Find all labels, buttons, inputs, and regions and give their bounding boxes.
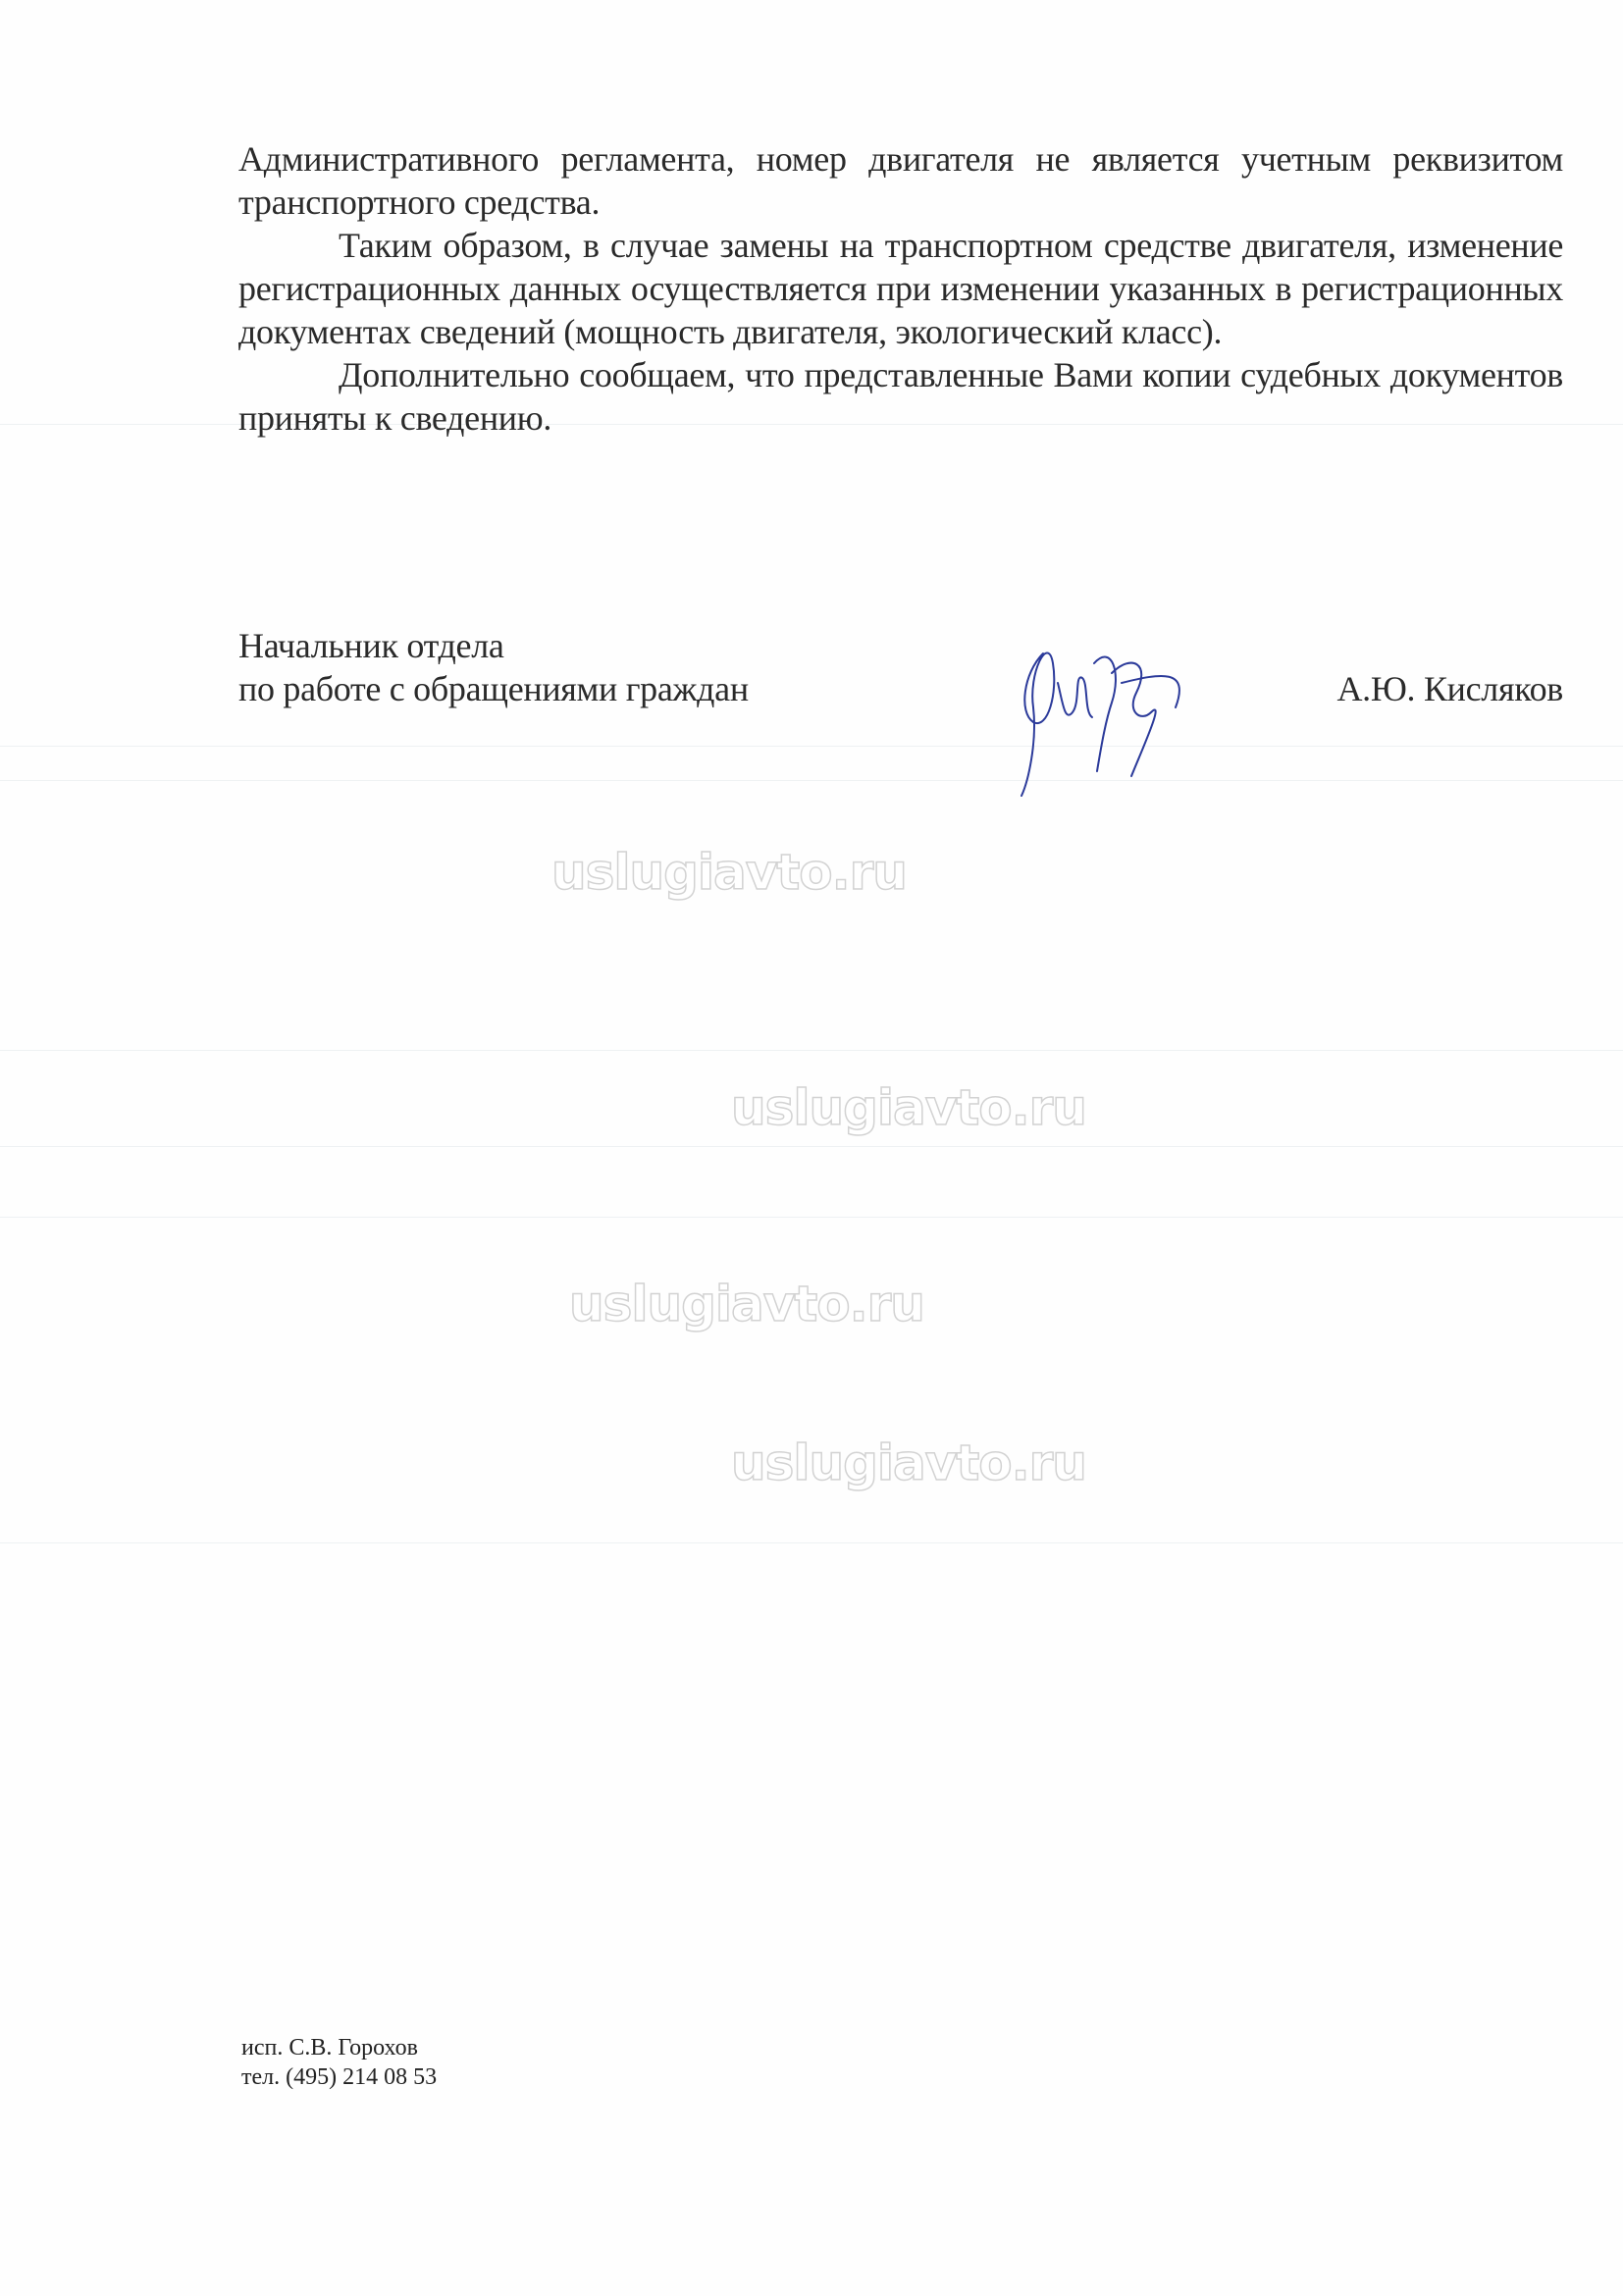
handwritten-signature-icon (1004, 614, 1239, 810)
signatory-name: А.Ю. Кисляков (1336, 667, 1563, 710)
paragraph-conclusion: Таким образом, в случае замены на трансп… (238, 224, 1563, 353)
signatory-title-line-1: Начальник отдела (238, 624, 1563, 667)
scan-artifact-line (0, 1050, 1623, 1051)
executor-footer: исп. С.В. Горохов тел. (495) 214 08 53 (241, 2033, 437, 2092)
scan-artifact-line (0, 1542, 1623, 1543)
executor-phone: тел. (495) 214 08 53 (241, 2062, 437, 2092)
watermark: uslugiavto.ru (569, 1276, 924, 1332)
executor-name: исп. С.В. Горохов (241, 2033, 437, 2062)
signature-block: Начальник отдела по работе с обращениями… (238, 624, 1563, 710)
scan-artifact-line (0, 1217, 1623, 1218)
watermark: uslugiavto.ru (551, 844, 907, 901)
document-page: Административного регламента, номер двиг… (0, 0, 1623, 2296)
letter-body: Административного регламента, номер двиг… (238, 137, 1563, 440)
scan-artifact-line (0, 746, 1623, 747)
scan-artifact-line (0, 1146, 1623, 1147)
watermark: uslugiavto.ru (731, 1435, 1086, 1491)
watermark: uslugiavto.ru (731, 1079, 1086, 1136)
scan-artifact-line (0, 780, 1623, 781)
paragraph-continuation: Административного регламента, номер двиг… (238, 137, 1563, 224)
paragraph-additional: Дополнительно сообщаем, что представленн… (238, 353, 1563, 440)
